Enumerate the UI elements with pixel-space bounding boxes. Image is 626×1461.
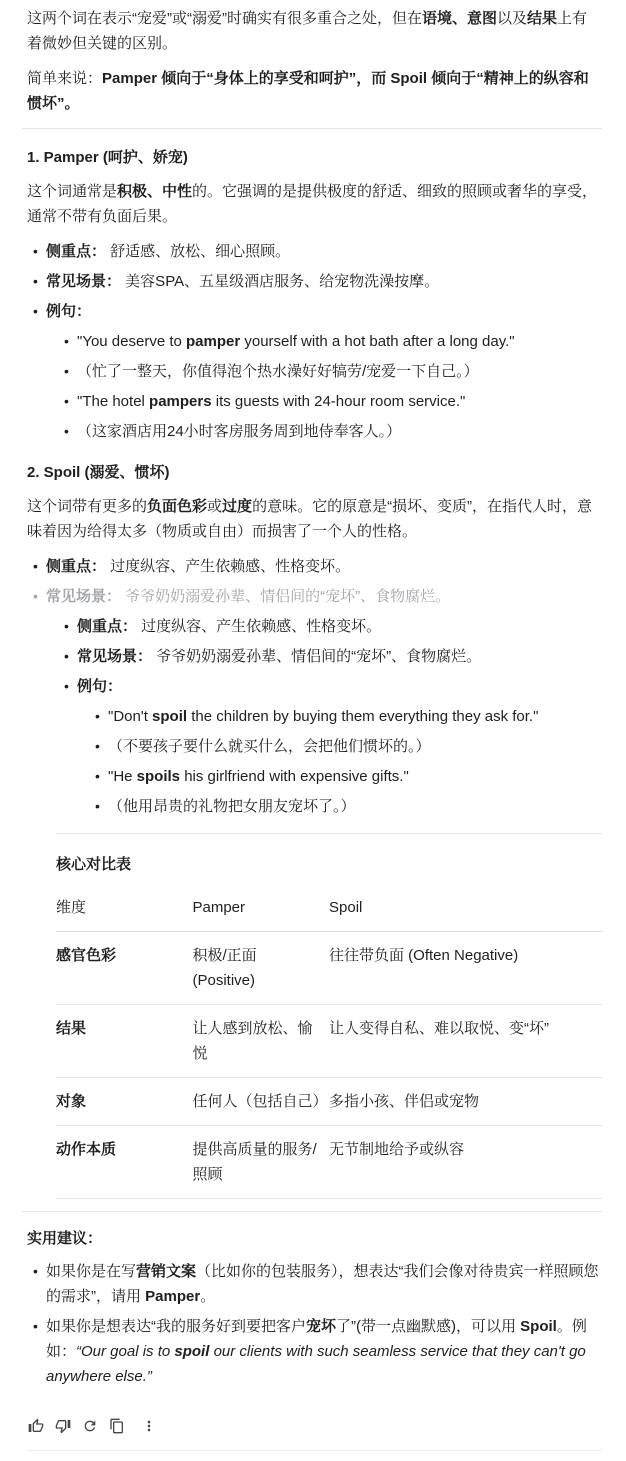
text-run: 例句： — [46, 303, 91, 320]
list-item: （忙了一整天，你值得泡个热水澡好好犒劳/宠爱一下自己。） — [77, 359, 602, 384]
more-vertical-icon — [141, 1418, 157, 1434]
table-cell: 让人感到放松、愉悦 — [193, 1005, 330, 1078]
section1-heading: 1. Pamper (呵护、娇宠) — [27, 145, 602, 170]
section1-examples-list: "You deserve to pamper yourself with a h… — [46, 329, 602, 444]
text-run: Pamper — [145, 1288, 200, 1305]
column-header: Spoil — [329, 885, 602, 932]
list-item: （他用昂贵的礼物把女朋友宠坏了。） — [108, 794, 602, 819]
table-cell: 任何人（包括自己） — [193, 1078, 330, 1126]
intro-paragraph-1: 这两个词在表示“宠爱”或“溺爱”时确实有很多重合之处，但在语境、意图以及结果上有… — [27, 6, 602, 56]
text-run: 结果 — [527, 10, 557, 27]
list-item: 常见场景： 爷爷奶奶溺爱孙辈、情侣间的“宠坏”、食物腐烂。 — [77, 644, 602, 669]
thumbs-up-button[interactable] — [25, 1415, 46, 1436]
text-run: （不要孩子要什么就买什么，会把他们惯坏的。） — [108, 738, 431, 755]
bottom-divider — [27, 1450, 602, 1451]
copy-icon — [109, 1418, 125, 1434]
text-run: 侧重点： — [46, 243, 106, 260]
response-action-bar — [25, 1415, 602, 1436]
text-run: spoils — [137, 768, 180, 785]
list-item-label: 常见场景： 爷爷奶奶溺爱孙辈、情侣间的“宠坏”、食物腐烂。 — [46, 588, 450, 605]
section1-paragraph: 这个词通常是积极、中性的。它强调的是提供极度的舒适、细致的照顾或奢华的享受，通常… — [27, 179, 602, 229]
comparison-table-title: 核心对比表 — [56, 852, 602, 877]
text-run: 例句： — [77, 678, 122, 695]
text-run: Pamper 倾向于“身体上的享受和呵护”，而 Spoil 倾向于“精神上的纵容… — [27, 70, 589, 112]
text-run: 负面色彩 — [147, 498, 207, 515]
text-run: 这两个词在表示“宠爱”或“溺爱”时确实有很多重合之处，但在 — [27, 10, 422, 27]
row-header-cell: 结果 — [56, 1005, 193, 1078]
table-header-row: 维度 Pamper Spoil — [56, 885, 602, 932]
section2-heading: 2. Spoil (溺爱、惯坏) — [27, 460, 602, 485]
table-row: 感官色彩积极/正面 (Positive)往往带负面 (Often Negativ… — [56, 932, 602, 1005]
row-header-cell: 动作本质 — [56, 1126, 193, 1199]
list-item: "He spoils his girlfriend with expensive… — [108, 764, 602, 789]
text-run: 这个词通常是 — [27, 183, 117, 200]
comparison-table-body: 感官色彩积极/正面 (Positive)往往带负面 (Often Negativ… — [56, 932, 602, 1199]
text-run: （他用昂贵的礼物把女朋友宠坏了。） — [108, 798, 356, 815]
list-item-faded: 常见场景： 爷爷奶奶溺爱孙辈、情侣间的“宠坏”、食物腐烂。 侧重点： 过度纵容、… — [46, 584, 602, 819]
text-run: 。 — [200, 1288, 215, 1305]
section2-list: 侧重点： 过度纵容、产生依赖感、性格变坏。 常见场景： 爷爷奶奶溺爱孙辈、情侣间… — [27, 554, 602, 819]
column-header: Pamper — [193, 885, 330, 932]
section2-paragraph: 这个词带有更多的负面色彩或过度的意味。它的原意是“损坏、变质”，在指代人时，意味… — [27, 494, 602, 544]
text-run: "The hotel — [77, 393, 149, 410]
list-item-label: 例句： — [77, 678, 122, 695]
text-run: 语境、意图 — [422, 10, 497, 27]
text-run: 侧重点： — [77, 618, 137, 635]
list-item: （这家酒店用24小时客房服务周到地侍奉客人。） — [77, 419, 602, 444]
thumbs-down-button[interactable] — [52, 1415, 73, 1436]
text-run: 过度纵容、产生依赖感、性格变坏。 — [137, 618, 381, 635]
text-run: his girlfriend with expensive gifts." — [180, 768, 409, 785]
list-item: 如果你是想表达“我的服务好到要把客户宠坏了”(带一点幽默感)，可以用 Spoil… — [46, 1314, 602, 1389]
text-run: 爷爷奶奶溺爱孙辈、情侣间的“宠坏”、食物腐烂。 — [121, 588, 450, 605]
section1-list: 侧重点： 舒适感、放松、细心照顾。 常见场景： 美容SPA、五星级酒店服务、给宠… — [27, 239, 602, 444]
text-run: 常见场景： — [46, 273, 121, 290]
text-run: （忙了一整天，你值得泡个热水澡好好犒劳/宠爱一下自己。） — [77, 363, 479, 380]
intro-paragraph-2: 简单来说：Pamper 倾向于“身体上的享受和呵护”，而 Spoil 倾向于“精… — [27, 66, 602, 116]
list-item: 例句： "You deserve to pamper yourself with… — [46, 299, 602, 444]
thumbs-up-icon — [28, 1418, 44, 1434]
list-item: 侧重点： 过度纵容、产生依赖感、性格变坏。 — [46, 554, 602, 579]
section2-nested-list: 侧重点： 过度纵容、产生依赖感、性格变坏。 常见场景： 爷爷奶奶溺爱孙辈、情侣间… — [46, 614, 602, 819]
text-run: 或 — [207, 498, 222, 515]
redo-icon — [82, 1418, 98, 1434]
text-run: 舒适感、放松、细心照顾。 — [106, 243, 290, 260]
text-run: 营销文案 — [136, 1263, 196, 1280]
table-row: 结果让人感到放松、愉悦让人变得自私、难以取悦、变“坏” — [56, 1005, 602, 1078]
text-run: Spoil — [520, 1318, 557, 1335]
text-run: 这个词带有更多的 — [27, 498, 147, 515]
text-run: 美容SPA、五星级酒店服务、给宠物洗澡按摩。 — [121, 273, 439, 290]
text-run: 如果你是在写 — [46, 1263, 136, 1280]
list-item: 常见场景： 美容SPA、五星级酒店服务、给宠物洗澡按摩。 — [46, 269, 602, 294]
text-run: （这家酒店用24小时客房服务周到地侍奉客人。） — [77, 423, 401, 440]
advice-title: 实用建议： — [27, 1226, 602, 1251]
column-header: 维度 — [56, 885, 193, 932]
table-row: 动作本质提供高质量的服务/照顾无节制地给予或纵容 — [56, 1126, 602, 1199]
text-run: pampers — [149, 393, 212, 410]
text-run: 简单来说： — [27, 70, 102, 87]
section-divider — [22, 1211, 602, 1212]
text-run: pamper — [186, 333, 240, 350]
text-run: 过度纵容、产生依赖感、性格变坏。 — [106, 558, 350, 575]
text-run: 常见场景： — [46, 588, 121, 605]
text-run: 以及 — [497, 10, 527, 27]
text-run: 积极、中性 — [117, 183, 192, 200]
text-run: spoil — [174, 1343, 209, 1360]
table-cell: 多指小孩、伴侣或宠物 — [329, 1078, 602, 1126]
list-item: （不要孩子要什么就买什么，会把他们惯坏的。） — [108, 734, 602, 759]
section-divider — [56, 833, 602, 834]
text-run: 如果你是想表达“我的服务好到要把客户 — [46, 1318, 306, 1335]
text-run: its guests with 24-hour room service." — [212, 393, 466, 410]
assistant-response: 这两个词在表示“宠爱”或“溺爱”时确实有很多重合之处，但在语境、意图以及结果上有… — [0, 0, 626, 1461]
comparison-section: 核心对比表 维度 Pamper Spoil 感官色彩积极/正面 (Positiv… — [56, 833, 602, 1199]
list-item: 侧重点： 舒适感、放松、细心照顾。 — [46, 239, 602, 264]
table-cell: 让人变得自私、难以取悦、变“坏” — [329, 1005, 602, 1078]
text-run: “Our goal is to — [76, 1343, 174, 1360]
text-run: the children by buying them everything t… — [187, 708, 538, 725]
text-run: 宠坏 — [306, 1318, 336, 1335]
copy-button[interactable] — [106, 1415, 127, 1436]
comparison-table: 维度 Pamper Spoil 感官色彩积极/正面 (Positive)往往带负… — [56, 885, 602, 1199]
text-run: 侧重点： — [46, 558, 106, 575]
table-cell: 积极/正面 (Positive) — [193, 932, 330, 1005]
section-divider — [22, 128, 602, 129]
text-run: "You deserve to — [77, 333, 186, 350]
thumbs-down-icon — [55, 1418, 71, 1434]
text-run: "Don't — [108, 708, 152, 725]
regenerate-button[interactable] — [79, 1415, 100, 1436]
list-item: 侧重点： 过度纵容、产生依赖感、性格变坏。 — [77, 614, 602, 639]
list-item: 例句： "Don't spoil the children by buying … — [77, 674, 602, 819]
table-cell: 提供高质量的服务/照顾 — [193, 1126, 330, 1199]
list-item: 如果你是在写营销文案（比如你的包装服务），想表达“我们会像对待贵宾一样照顾您的需… — [46, 1259, 602, 1309]
advice-list: 如果你是在写营销文案（比如你的包装服务），想表达“我们会像对待贵宾一样照顾您的需… — [27, 1259, 602, 1389]
list-item-label: 例句： — [46, 303, 91, 320]
row-header-cell: 感官色彩 — [56, 932, 193, 1005]
table-cell: 往往带负面 (Often Negative) — [329, 932, 602, 1005]
list-item: "You deserve to pamper yourself with a h… — [77, 329, 602, 354]
row-header-cell: 对象 — [56, 1078, 193, 1126]
list-item: "Don't spoil the children by buying them… — [108, 704, 602, 729]
table-row: 对象任何人（包括自己）多指小孩、伴侣或宠物 — [56, 1078, 602, 1126]
more-options-button[interactable] — [138, 1415, 159, 1436]
text-run: "He — [108, 768, 137, 785]
text-run: 爷爷奶奶溺爱孙辈、情侣间的“宠坏”、食物腐烂。 — [152, 648, 481, 665]
text-run: 了”(带一点幽默感)，可以用 — [336, 1318, 520, 1335]
text-run: spoil — [152, 708, 187, 725]
section2-examples-list: "Don't spoil the children by buying them… — [77, 704, 602, 819]
text-run: 过度 — [222, 498, 252, 515]
table-cell: 无节制地给予或纵容 — [329, 1126, 602, 1199]
text-run: 常见场景： — [77, 648, 152, 665]
text-run: yourself with a hot bath after a long da… — [240, 333, 514, 350]
list-item: "The hotel pampers its guests with 24-ho… — [77, 389, 602, 414]
